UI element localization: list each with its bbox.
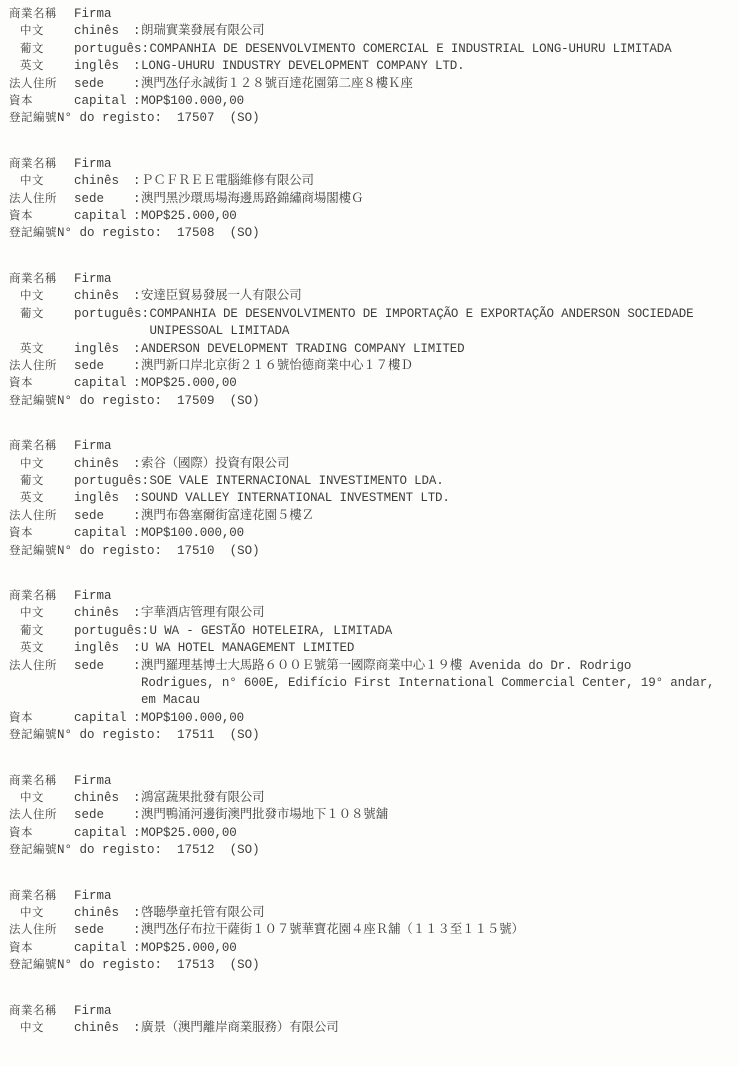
field-value: 澳門鴨涌河邊街澳門批發市場地下１０８號舖 [141,807,739,824]
field-value: 鴻富蔬果批發有限公司 [141,790,739,807]
record-row: 商業名稱Firma [0,773,739,790]
field-label-pt: capital [74,208,133,225]
registry-row: 登記編號N° do registo: 17509 (SO) [0,393,739,410]
field-value: 朗瑞實業發展有限公司 [141,23,739,40]
spacer-gap [215,728,230,742]
colon-separator: : [142,473,150,490]
field-value-line: COMPANHIA DE DESENVOLVIMENTO DE IMPORTAÇ… [150,306,739,323]
field-label-zh: 葡文 [0,41,74,58]
colon-separator: : [133,358,141,375]
field-value: COMPANHIA DE DESENVOLVIMENTO COMERCIAL E… [150,41,739,58]
field-label-zh: 英文 [0,490,74,507]
record-row: 資本capital:MOP$100.000,00 [0,710,739,727]
colon-separator: : [133,807,141,824]
field-label-zh: 中文 [0,456,74,473]
field-value: SOUND VALLEY INTERNATIONAL INVESTMENT LT… [141,490,739,507]
field-label-zh: 法人住所 [0,191,74,208]
registry-text: N° do registo: 17508 (SO) [57,225,260,242]
field-label-zh: 英文 [0,341,74,358]
record-row: 法人住所sede:澳門氹仔布拉干薩街１０７號華寶花園４座Ｒ舖（１１３至１１５號） [0,922,739,939]
field-label-pt: chinês [74,790,133,807]
registry-number: 17508 [177,226,215,240]
spacer-gap [162,226,177,240]
field-label-zh: 法人住所 [0,76,74,93]
registry-code: (SO) [230,544,260,558]
record-row: 資本capital:MOP$25.000,00 [0,375,739,392]
field-label-pt: chinês [74,905,133,922]
colon-separator: : [133,508,141,525]
field-label-pt: chinês [74,1020,133,1037]
registry-row: 登記編號N° do registo: 17512 (SO) [0,842,739,859]
spacer-gap [215,226,230,240]
registry-number: 17512 [177,843,215,857]
field-label-pt: Firma [74,156,133,173]
record-row: 商業名稱Firma [0,888,739,905]
field-label-zh: 中文 [0,1020,74,1037]
field-label-zh: 中文 [0,605,74,622]
field-label-zh: 中文 [0,905,74,922]
registry-label-pt: N° do registo: [57,544,162,558]
field-value: 澳門新口岸北京街２１６號怡德商業中心１７樓Ｄ [141,358,739,375]
company-record: 商業名稱Firma中文chinês:索谷（國際）投資有限公司葡文portuguê… [0,438,739,560]
field-label-pt: sede [74,76,133,93]
record-row: 資本capital:MOP$25.000,00 [0,940,739,957]
spacer-gap [162,544,177,558]
field-label-zh: 中文 [0,173,74,190]
field-label-zh: 資本 [0,375,74,392]
spacer-gap [162,958,177,972]
colon-separator: : [133,76,141,93]
field-label-pt: português [74,306,142,323]
colon-separator: : [133,173,141,190]
field-value: MOP$100.000,00 [141,710,739,727]
field-value: MOP$25.000,00 [141,208,739,225]
field-value-line: 澳門羅理基博士大馬路６００Ｅ號第一國際商業中心１９樓 Avenida do Dr… [141,658,739,675]
record-row: 法人住所sede:澳門新口岸北京街２１６號怡德商業中心１７樓Ｄ [0,358,739,375]
registry-text: N° do registo: 17511 (SO) [57,727,260,744]
record-row: 資本capital:MOP$25.000,00 [0,208,739,225]
field-label-zh: 中文 [0,790,74,807]
registry-code: (SO) [230,728,260,742]
record-row: 葡文português:SOE VALE INTERNACIONAL INVES… [0,473,739,490]
registry-label-pt: N° do registo: [57,958,162,972]
record-row: 中文chinês:ＰＣＦＲＥＥ電腦維修有限公司 [0,173,739,190]
field-label-zh: 資本 [0,93,74,110]
field-value: U WA HOTEL MANAGEMENT LIMITED [141,640,739,657]
field-label-zh: 資本 [0,825,74,842]
field-value: MOP$25.000,00 [141,940,739,957]
record-row: 中文chinês:廣景（澳門離岸商業服務）有限公司 [0,1020,739,1037]
record-row: 葡文português:COMPANHIA DE DESENVOLVIMENTO… [0,41,739,58]
colon-separator: : [133,790,141,807]
field-label-pt: capital [74,825,133,842]
record-row: 中文chinês:安達臣貿易發展一人有限公司 [0,288,739,305]
field-label-pt: sede [74,922,133,939]
colon-separator: : [133,905,141,922]
field-label-zh: 商業名稱 [0,6,74,23]
company-record: 商業名稱Firma中文chinês:廣景（澳門離岸商業服務）有限公司 [0,1003,739,1038]
field-label-zh: 法人住所 [0,358,74,375]
field-value-line: Rodrigues, n° 600E, Edifício First Inter… [141,675,739,692]
record-row: 商業名稱Firma [0,588,739,605]
registry-label-pt: N° do registo: [57,728,162,742]
field-label-pt: chinês [74,288,133,305]
field-value: 澳門氹仔布拉干薩街１０７號華寶花園４座Ｒ舖（１１３至１１５號） [141,922,739,939]
field-label-pt: português [74,473,142,490]
registry-row: 登記編號N° do registo: 17508 (SO) [0,225,739,242]
field-label-pt: sede [74,191,133,208]
field-label-pt: capital [74,375,133,392]
field-label-pt: chinês [74,173,133,190]
field-label-pt: português [74,623,142,640]
registry-text: N° do registo: 17512 (SO) [57,842,260,859]
field-label-zh: 英文 [0,640,74,657]
spacer-gap [215,958,230,972]
registry-code: (SO) [230,111,260,125]
colon-separator: : [133,710,141,727]
field-label-zh: 商業名稱 [0,271,74,288]
record-row: 法人住所sede:澳門氹仔永誠街１２８號百達花園第二座８樓Ｋ座 [0,76,739,93]
spacer-gap [215,843,230,857]
field-label-pt: capital [74,940,133,957]
colon-separator: : [142,41,150,58]
field-label-zh: 商業名稱 [0,888,74,905]
field-value: COMPANHIA DE DESENVOLVIMENTO DE IMPORTAÇ… [150,306,739,341]
field-value: MOP$25.000,00 [141,375,739,392]
colon-separator: : [133,658,141,675]
record-row: 中文chinês:鴻富蔬果批發有限公司 [0,790,739,807]
colon-separator: : [133,288,141,305]
field-value-line: UNIPESSOAL LIMITADA [150,323,739,340]
field-label-zh: 中文 [0,288,74,305]
gazette-page: 商業名稱Firma中文chinês:朗瑞實業發展有限公司葡文português:… [0,0,739,1038]
registry-label-zh: 登記編號 [0,543,57,560]
field-value: LONG-UHURU INDUSTRY DEVELOPMENT COMPANY … [141,58,739,75]
company-record: 商業名稱Firma中文chinês:宇華酒店管理有限公司葡文português:… [0,588,739,745]
field-label-pt: Firma [74,438,133,455]
field-label-pt: chinês [74,605,133,622]
record-row: 中文chinês:朗瑞實業發展有限公司 [0,23,739,40]
spacer-gap [162,728,177,742]
colon-separator: : [133,825,141,842]
registry-code: (SO) [230,226,260,240]
registry-number: 17511 [177,728,215,742]
colon-separator: : [133,490,141,507]
record-row: 中文chinês:宇華酒店管理有限公司 [0,605,739,622]
field-label-zh: 商業名稱 [0,156,74,173]
spacer-gap [162,843,177,857]
field-value: U WA - GESTÃO HOTELEIRA, LIMITADA [150,623,739,640]
record-row: 商業名稱Firma [0,438,739,455]
field-value: MOP$25.000,00 [141,825,739,842]
field-value: 澳門布魯塞爾街富達花園５樓Ｚ [141,508,739,525]
registry-code: (SO) [230,958,260,972]
colon-separator: : [133,922,141,939]
field-value: MOP$100.000,00 [141,525,739,542]
field-label-zh: 商業名稱 [0,438,74,455]
field-label-zh: 資本 [0,940,74,957]
field-label-zh: 英文 [0,58,74,75]
field-label-pt: inglês [74,341,133,358]
field-label-zh: 法人住所 [0,658,74,675]
colon-separator: : [133,191,141,208]
registry-text: N° do registo: 17513 (SO) [57,957,260,974]
record-row: 法人住所sede:澳門鴨涌河邊街澳門批發市場地下１０８號舖 [0,807,739,824]
field-label-pt: Firma [74,271,133,288]
field-label-pt: chinês [74,456,133,473]
field-value-line: em Macau [141,692,739,709]
record-row: 英文inglês:LONG-UHURU INDUSTRY DEVELOPMENT… [0,58,739,75]
field-label-pt: sede [74,658,133,675]
record-row: 商業名稱Firma [0,6,739,23]
registry-number: 17510 [177,544,215,558]
colon-separator: : [133,525,141,542]
field-label-zh: 葡文 [0,473,74,490]
colon-separator: : [133,940,141,957]
record-row: 法人住所sede:澳門黑沙環馬場海邊馬路錦繡商場閣樓Ｇ [0,191,739,208]
spacer-gap [215,544,230,558]
company-record: 商業名稱Firma中文chinês:啓聴學童托管有限公司法人住所sede:澳門氹… [0,888,739,975]
field-label-pt: sede [74,358,133,375]
registry-row: 登記編號N° do registo: 17511 (SO) [0,727,739,744]
field-value: 宇華酒店管理有限公司 [141,605,739,622]
registry-text: N° do registo: 17510 (SO) [57,543,260,560]
record-row: 英文inglês:ANDERSON DEVELOPMENT TRADING CO… [0,341,739,358]
field-label-zh: 法人住所 [0,807,74,824]
field-value: 索谷（國際）投資有限公司 [141,456,739,473]
record-row: 英文inglês:SOUND VALLEY INTERNATIONAL INVE… [0,490,739,507]
record-row: 葡文português:U WA - GESTÃO HOTELEIRA, LIM… [0,623,739,640]
field-value: ＰＣＦＲＥＥ電腦維修有限公司 [141,173,739,190]
field-label-pt: inglês [74,490,133,507]
field-label-zh: 資本 [0,710,74,727]
colon-separator: : [133,208,141,225]
field-value: 安達臣貿易發展一人有限公司 [141,288,739,305]
registry-text: N° do registo: 17509 (SO) [57,393,260,410]
registry-label-zh: 登記編號 [0,225,57,242]
field-value: ANDERSON DEVELOPMENT TRADING COMPANY LIM… [141,341,739,358]
registry-label-zh: 登記編號 [0,393,57,410]
registry-label-pt: N° do registo: [57,111,162,125]
spacer-gap [162,111,177,125]
field-value: 啓聴學童托管有限公司 [141,905,739,922]
colon-separator: : [133,341,141,358]
field-value: MOP$100.000,00 [141,93,739,110]
field-label-pt: capital [74,710,133,727]
company-record: 商業名稱Firma中文chinês:ＰＣＦＲＥＥ電腦維修有限公司法人住所sede… [0,156,739,243]
colon-separator: : [142,306,150,323]
spacer-gap [215,111,230,125]
registry-row: 登記編號N° do registo: 17510 (SO) [0,543,739,560]
field-label-pt: capital [74,525,133,542]
colon-separator: : [142,623,150,640]
field-label-zh: 資本 [0,208,74,225]
record-row: 法人住所sede:澳門羅理基博士大馬路６００Ｅ號第一國際商業中心１９樓 Aven… [0,658,739,710]
record-row: 資本capital:MOP$100.000,00 [0,525,739,542]
registry-label-pt: N° do registo: [57,843,162,857]
field-value: 澳門羅理基博士大馬路６００Ｅ號第一國際商業中心１９樓 Avenida do Dr… [141,658,739,710]
record-row: 中文chinês:啓聴學童托管有限公司 [0,905,739,922]
spacer-gap [215,394,230,408]
record-row: 法人住所sede:澳門布魯塞爾街富達花園５樓Ｚ [0,508,739,525]
colon-separator: : [133,640,141,657]
registry-label-pt: N° do registo: [57,394,162,408]
field-label-pt: chinês [74,23,133,40]
registry-label-zh: 登記編號 [0,957,57,974]
record-row: 中文chinês:索谷（國際）投資有限公司 [0,456,739,473]
record-row: 商業名稱Firma [0,156,739,173]
field-label-zh: 商業名稱 [0,773,74,790]
spacer-gap [162,394,177,408]
registry-label-pt: N° do registo: [57,226,162,240]
colon-separator: : [133,93,141,110]
field-value: SOE VALE INTERNACIONAL INVESTIMENTO LDA. [150,473,739,490]
record-row: 資本capital:MOP$25.000,00 [0,825,739,842]
registry-code: (SO) [230,394,260,408]
company-record: 商業名稱Firma中文chinês:安達臣貿易發展一人有限公司葡文portugu… [0,271,739,410]
registry-code: (SO) [230,843,260,857]
registry-row: 登記編號N° do registo: 17507 (SO) [0,110,739,127]
colon-separator: : [133,1020,141,1037]
field-label-zh: 法人住所 [0,922,74,939]
colon-separator: : [133,58,141,75]
record-row: 資本capital:MOP$100.000,00 [0,93,739,110]
company-record: 商業名稱Firma中文chinês:朗瑞實業發展有限公司葡文português:… [0,6,739,128]
colon-separator: : [133,23,141,40]
registry-row: 登記編號N° do registo: 17513 (SO) [0,957,739,974]
field-label-zh: 葡文 [0,306,74,323]
record-row: 商業名稱Firma [0,1003,739,1020]
record-row: 英文inglês:U WA HOTEL MANAGEMENT LIMITED [0,640,739,657]
field-label-pt: Firma [74,1003,133,1020]
field-label-zh: 商業名稱 [0,588,74,605]
field-label-pt: Firma [74,6,133,23]
field-label-zh: 法人住所 [0,508,74,525]
registry-number: 17507 [177,111,215,125]
record-row: 商業名稱Firma [0,271,739,288]
company-record: 商業名稱Firma中文chinês:鴻富蔬果批發有限公司法人住所sede:澳門鴨… [0,773,739,860]
field-label-pt: capital [74,93,133,110]
registry-number: 17513 [177,958,215,972]
registry-label-zh: 登記編號 [0,727,57,744]
colon-separator: : [133,375,141,392]
field-label-zh: 資本 [0,525,74,542]
field-label-pt: português [74,41,142,58]
field-label-pt: Firma [74,888,133,905]
field-label-pt: Firma [74,588,133,605]
registry-text: N° do registo: 17507 (SO) [57,110,260,127]
record-row: 葡文português:COMPANHIA DE DESENVOLVIMENTO… [0,306,739,341]
registry-label-zh: 登記編號 [0,110,57,127]
field-label-zh: 商業名稱 [0,1003,74,1020]
field-label-pt: inglês [74,640,133,657]
field-label-zh: 中文 [0,23,74,40]
field-label-pt: sede [74,508,133,525]
field-label-pt: inglês [74,58,133,75]
colon-separator: : [133,456,141,473]
field-label-pt: Firma [74,773,133,790]
registry-label-zh: 登記編號 [0,842,57,859]
field-label-pt: sede [74,807,133,824]
field-value: 澳門黑沙環馬場海邊馬路錦繡商場閣樓Ｇ [141,191,739,208]
field-value: 廣景（澳門離岸商業服務）有限公司 [141,1020,739,1037]
field-value: 澳門氹仔永誠街１２８號百達花園第二座８樓Ｋ座 [141,76,739,93]
field-label-zh: 葡文 [0,623,74,640]
registry-number: 17509 [177,394,215,408]
colon-separator: : [133,605,141,622]
